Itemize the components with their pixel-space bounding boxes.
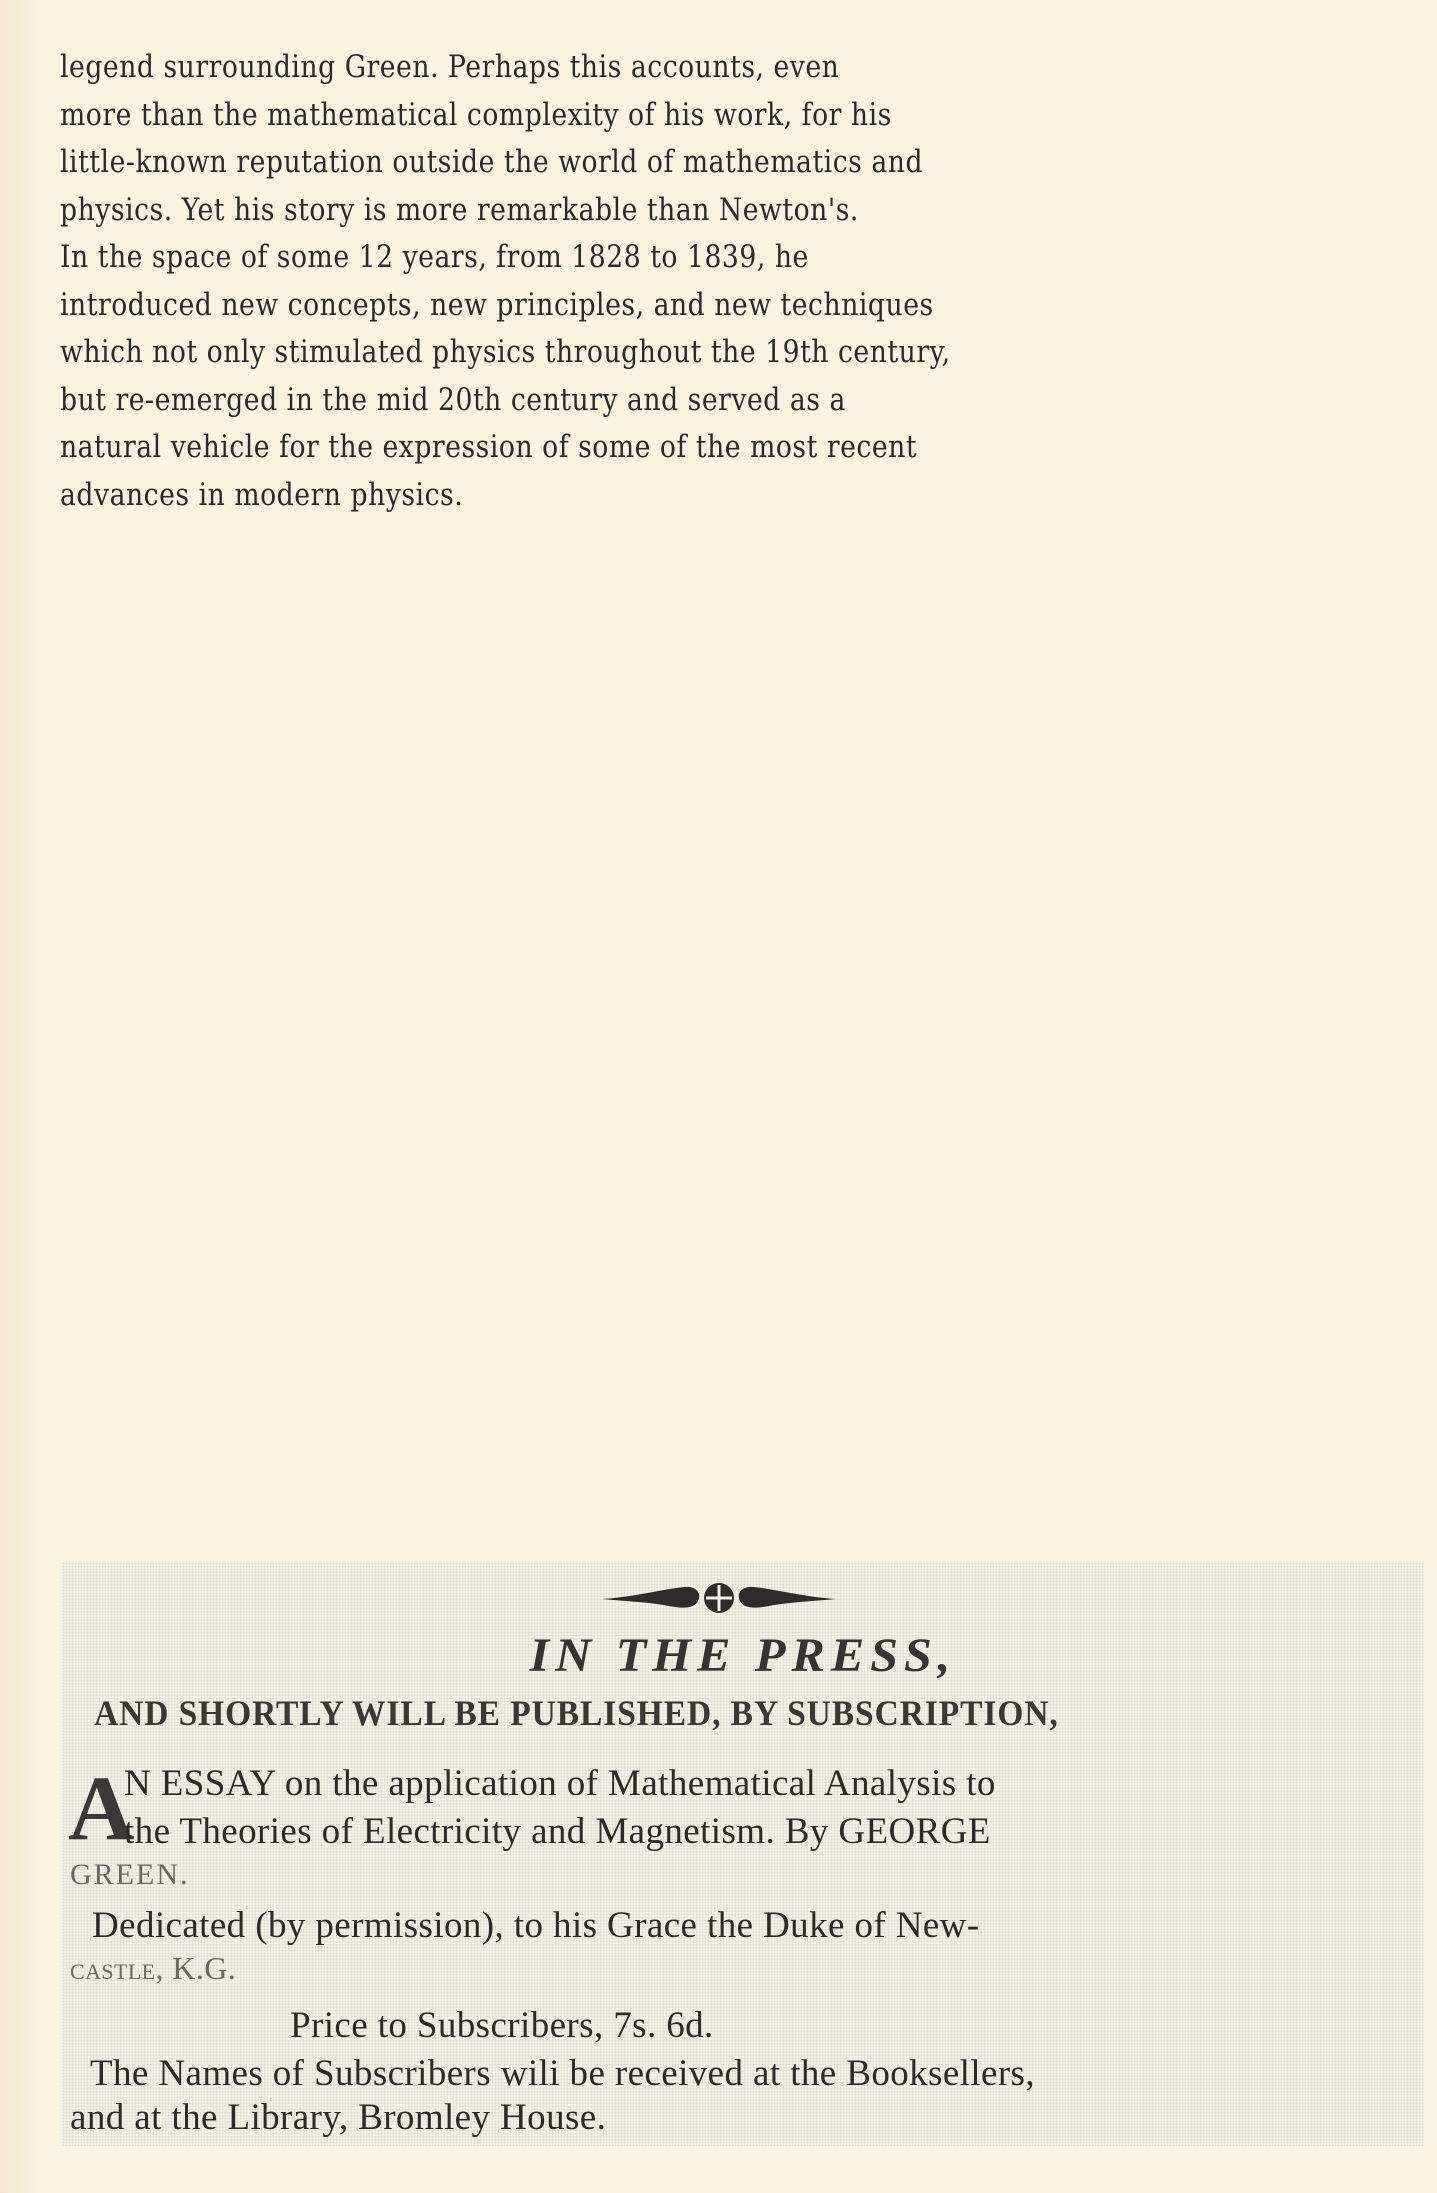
- page-edge-shadow: [0, 0, 40, 2193]
- author-name: GREEN.: [70, 1858, 190, 1892]
- text-line: legend surrounding Green. Perhaps this a…: [60, 44, 1384, 92]
- price-line: Price to Subscribers, 7s. 6d.: [290, 2004, 714, 2047]
- newspaper-advertisement-clipping: IN THE PRESS, AND SHORTLY WILL BE PUBLIS…: [62, 1562, 1424, 2146]
- text-line: introduced new concepts, new principles,…: [60, 282, 1384, 330]
- text-line: physics. Yet his story is more remarkabl…: [60, 187, 1384, 235]
- text-line: little-known reputation outside the worl…: [60, 139, 1384, 187]
- text-line: In the space of some 12 years, from 1828…: [60, 234, 1384, 282]
- subscribers-line: and at the Library, Bromley House.: [70, 2096, 606, 2139]
- text-line: which not only stimulated physics throug…: [60, 329, 1384, 377]
- text-line: natural vehicle for the expression of so…: [60, 424, 1384, 472]
- press-headline: IN THE PRESS,: [62, 1627, 1424, 1682]
- dedication-line: Dedicated (by permission), to his Grace …: [92, 1904, 980, 1947]
- fleuron-ornament-icon: [594, 1577, 844, 1617]
- text-line: but re-emerged in the mid 20th century a…: [60, 377, 1384, 425]
- body-paragraph: legend surrounding Green. Perhaps this a…: [60, 44, 1384, 519]
- press-subtitle: AND SHORTLY WILL BE PUBLISHED, BY SUBSCR…: [94, 1692, 1322, 1734]
- essay-line: N ESSAY on the application of Mathematic…: [124, 1762, 996, 1805]
- text-line: more than the mathematical complexity of…: [60, 92, 1384, 140]
- essay-line: the Theories of Electricity and Magnetis…: [124, 1810, 991, 1853]
- subscribers-line: The Names of Subscribers wili be receive…: [90, 2052, 1035, 2095]
- text-line: advances in modern physics.: [60, 472, 1384, 520]
- dedication-line: castle, K.G.: [70, 1950, 236, 1987]
